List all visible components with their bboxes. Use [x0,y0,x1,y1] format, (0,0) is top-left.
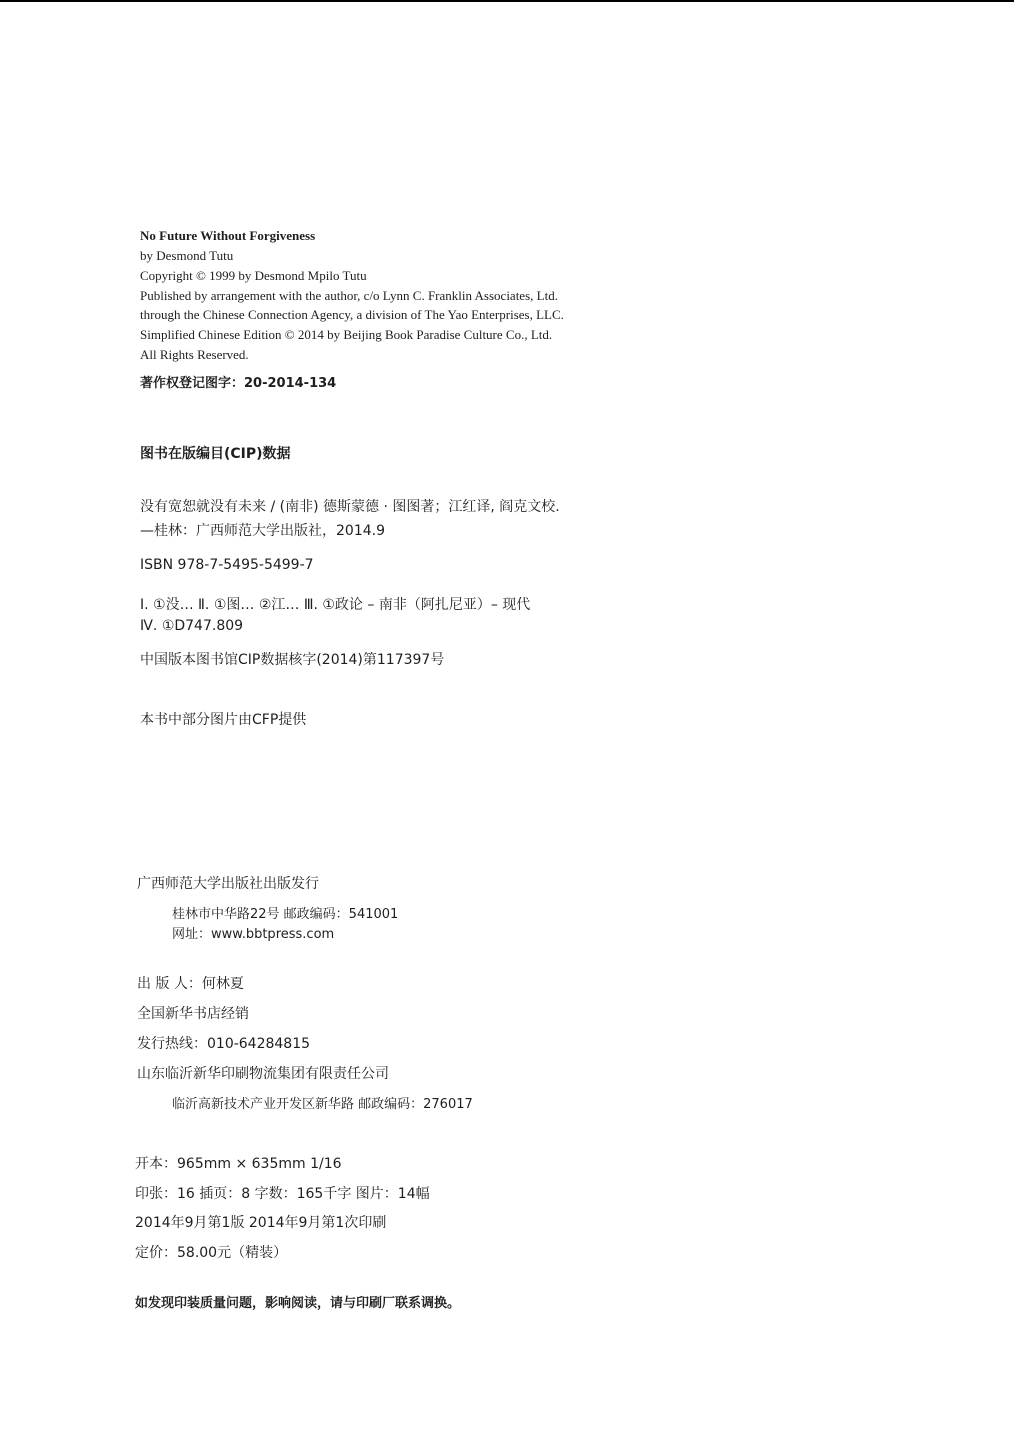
quality-notice: 如发现印装质量问题，影响阅读，请与印刷厂联系调换。 [135,1292,460,1311]
printer-name: 山东临沂新华印刷物流集团有限责任公司 [137,1063,389,1083]
agency-line: through the Chinese Connection Agency, a… [140,307,564,323]
image-credit: 本书中部分图片由CFP提供 [140,709,306,729]
book-format: 开本：965mm × 635mm 1/16 [135,1153,342,1173]
cip-heading: 图书在版编目(CIP)数据 [140,443,291,463]
classification-line-2: Ⅳ. ①D747.809 [140,618,243,634]
isbn: ISBN 978-7-5495-5499-7 [140,557,314,573]
price: 定价：58.00元（精装） [135,1242,287,1262]
cip-entry-line-2: —桂林：广西师范大学出版社，2014.9 [140,520,385,540]
copyright-line: Copyright © 1999 by Desmond Mpilo Tutu [140,268,367,284]
edition-printing: 2014年9月第1版 2014年9月第1次印刷 [135,1212,386,1232]
classification-line-1: Ⅰ. ①没… Ⅱ. ①图… ②江… Ⅲ. ①政论 – 南非（阿扎尼亚）– 现代 [140,594,530,614]
publisher-address: 桂林市中华路22号 邮政编码：541001 [172,903,398,922]
author-line: by Desmond Tutu [140,248,233,264]
distribution: 全国新华书店经销 [137,1003,249,1023]
simplified-edition-line: Simplified Chinese Edition © 2014 by Bei… [140,327,552,343]
cip-entry-line-1: 没有宽恕就没有未来 / (南非) 德斯蒙德 · 图图著；江红译, 阎克文校. [140,496,560,516]
page-top-border [0,0,1014,2]
book-title-english: No Future Without Forgiveness [140,228,315,244]
publisher-person: 出 版 人：何林夏 [137,973,244,993]
copyright-registration: 著作权登记图字：20-2014-134 [140,372,336,391]
rights-reserved-line: All Rights Reserved. [140,347,249,363]
distribution-hotline: 发行热线：010-64284815 [137,1033,310,1053]
publisher-website: 网址：www.bbtpress.com [172,923,334,942]
printer-address: 临沂高新技术产业开发区新华路 邮政编码：276017 [172,1093,473,1112]
cip-number: 中国版本图书馆CIP数据核字(2014)第117397号 [140,649,444,669]
published-arrangement-line: Published by arrangement with the author… [140,288,558,304]
publisher-name: 广西师范大学出版社出版发行 [137,873,319,893]
book-sheets: 印张：16 插页：8 字数：165千字 图片：14幅 [135,1183,430,1203]
